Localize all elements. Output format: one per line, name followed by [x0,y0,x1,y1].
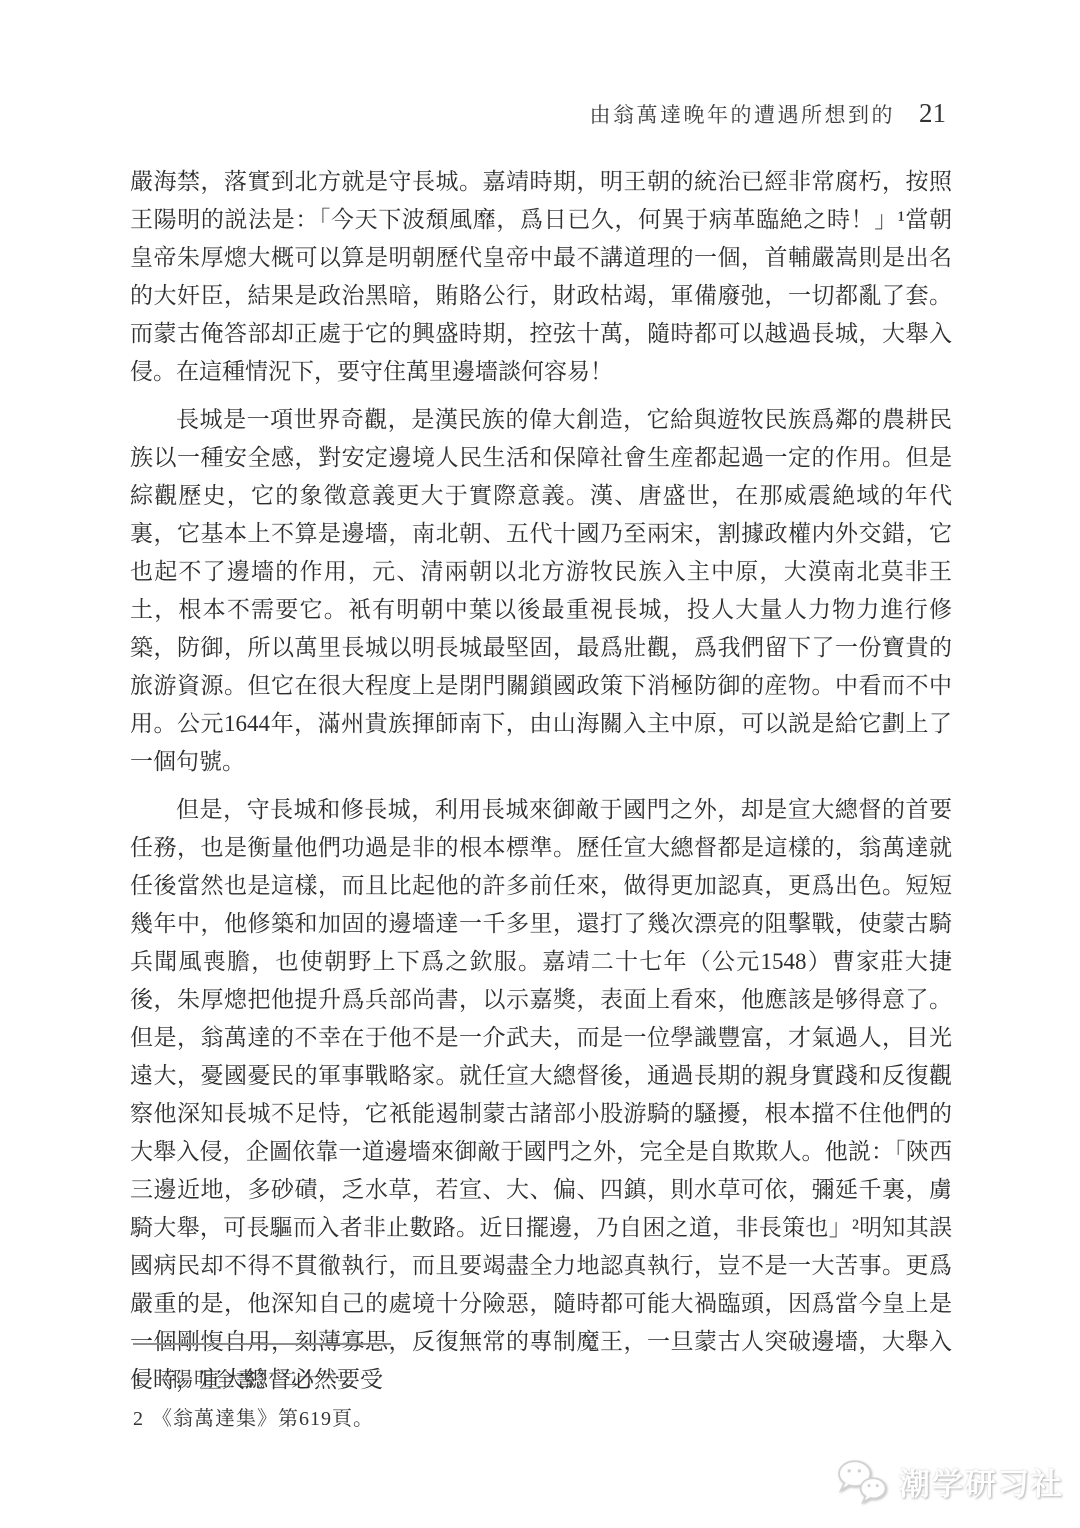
wechat-bubbles-icon [835,1458,891,1504]
paragraph-2: 長城是一項世界奇觀，是漢民族的偉大創造，它給與遊牧民族爲鄰的農耕民族以一種安全感… [130,401,952,781]
page-number: 21 [919,98,946,129]
footnote-2-marker: 2 [133,1408,144,1430]
paragraph-1: 嚴海禁，落實到北方就是守長城。嘉靖時期，明王朝的統治已經非常腐朽，按照王陽明的説… [130,163,952,391]
footnote-2: 2《翁萬達集》第619頁。 [133,1400,733,1439]
footnote-1-marker: 1 [133,1369,144,1391]
footnote-1-text: 《陽明全書》二十一。 [152,1369,362,1391]
watermark: 潮学研习社 [835,1458,1064,1504]
paragraph-3: 但是，守長城和修長城，利用長城來御敵于國門之外，却是宣大總督的首要任務，也是衡量… [130,791,952,1399]
footnote-2-text: 《翁萬達集》第619頁。 [152,1408,374,1430]
body-text: 嚴海禁，落實到北方就是守長城。嘉靖時期，明王朝的統治已經非常腐朽，按照王陽明的説… [130,163,952,1399]
running-header: 由翁萬達晚年的遭遇所想到的 21 [590,98,947,129]
watermark-label: 潮学研习社 [899,1459,1064,1504]
book-page: 由翁萬達晚年的遭遇所想到的 21 嚴海禁，落實到北方就是守長城。嘉靖時期，明王朝… [0,0,1080,1528]
footnotes-section: 1《陽明全書》二十一。 2《翁萬達集》第619頁。 [133,1343,733,1439]
footnote-1: 1《陽明全書》二十一。 [133,1361,733,1400]
footnote-separator [133,1343,391,1345]
running-title: 由翁萬達晚年的遭遇所想到的 [590,99,896,129]
